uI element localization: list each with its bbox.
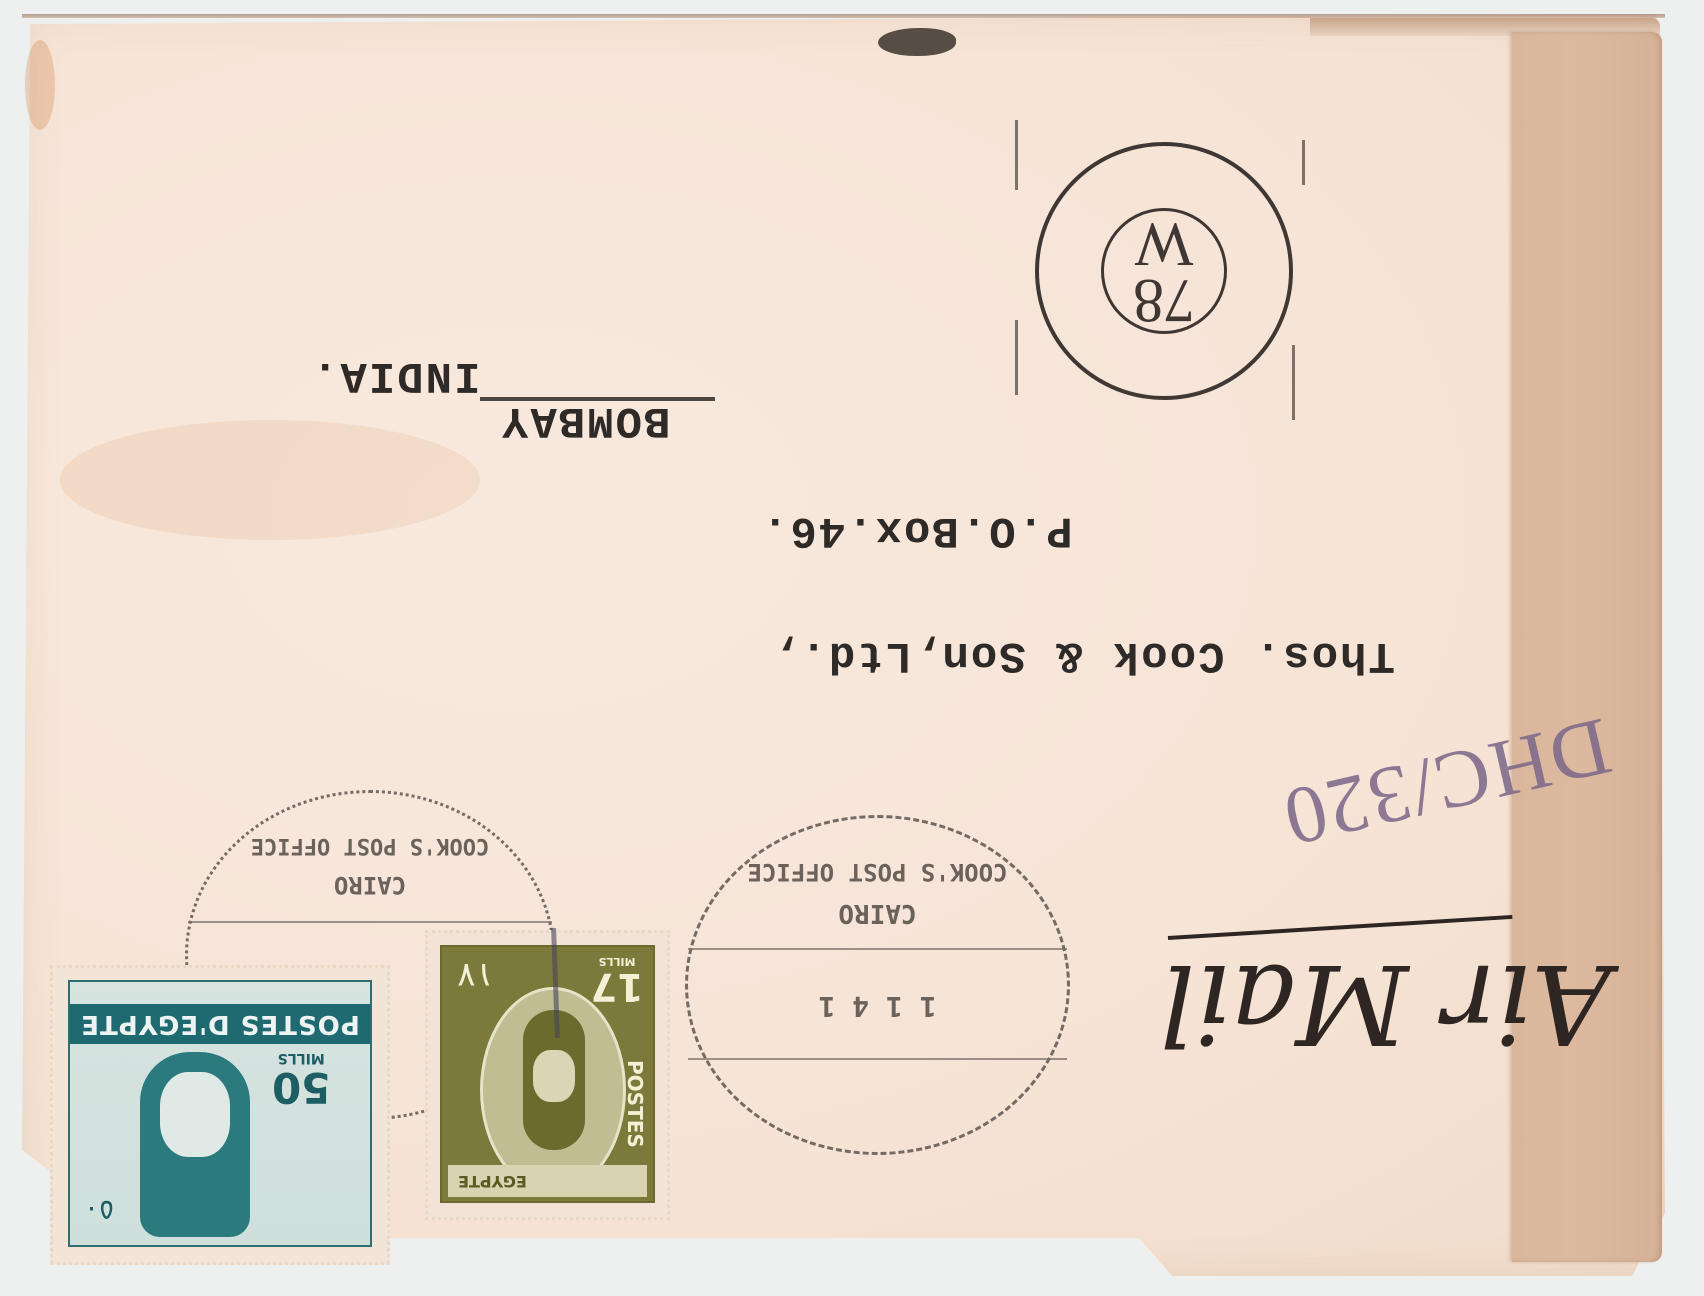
stamp-design: 17 MILLS ١٧ POSTES EGYPTE xyxy=(440,945,655,1203)
address-company: Thos. Cook & Son,Ltd., xyxy=(770,630,1395,680)
address-po-box: P.O.Box.46. xyxy=(760,505,1072,555)
frame-mark xyxy=(1015,320,1018,395)
postmark-date: 1 1 4 1 xyxy=(688,990,1067,1023)
censor-circle-code: 78 W xyxy=(1104,211,1224,331)
stamp-value: 50 MILLS xyxy=(272,1050,330,1108)
cairo-postmark: COOK'S POST OFFICE CAIRO 1 1 4 1 xyxy=(685,815,1070,1155)
censor-number: 78 xyxy=(1133,271,1195,327)
stamp-design: POSTES D'EGYPTE 50 MILLS ٥٠ xyxy=(68,980,372,1247)
ink-blot xyxy=(878,28,956,56)
censor-letter: W xyxy=(1133,215,1195,271)
postmark-city: CAIRO xyxy=(688,898,1067,928)
stamp-17-mills: 17 MILLS ١٧ POSTES EGYPTE xyxy=(425,930,670,1220)
portrait-face xyxy=(533,1050,575,1102)
stamp-50-mills: POSTES D'EGYPTE 50 MILLS ٥٠ xyxy=(50,965,390,1265)
postmark-top-text: COOK'S POST OFFICE xyxy=(688,858,1067,886)
portrait-face xyxy=(160,1072,230,1157)
stamp-country: EGYPTE xyxy=(448,1165,647,1197)
king-portrait xyxy=(140,1052,250,1237)
paper-stain xyxy=(60,420,480,540)
postmark-bar xyxy=(688,948,1067,950)
frame-mark xyxy=(1302,140,1305,185)
stamp-arabic-value: ٥٠ xyxy=(84,1194,114,1227)
portrait-oval xyxy=(480,987,626,1193)
air-mail-underline xyxy=(1168,915,1513,940)
postmark-bar xyxy=(688,1058,1067,1060)
stamp-side-text: POSTES xyxy=(621,1029,647,1179)
stamp-value: 17 MILLS xyxy=(587,955,647,1006)
air-mail-script: Air Mail xyxy=(1160,940,1611,1068)
address-city: BOMBAY xyxy=(500,395,670,445)
frame-mark xyxy=(1292,345,1295,420)
censor-circle-inner: 78 W xyxy=(1101,208,1227,334)
postmark-bar xyxy=(188,921,552,923)
postmark-top-text: COOK'S POST OFFICE xyxy=(188,833,552,858)
censor-circle-handstamp: 78 W xyxy=(1035,142,1293,400)
postmark-city: CAIRO xyxy=(188,871,552,899)
stamp-value-number: 17 xyxy=(587,968,647,1006)
address-country: INDIA. xyxy=(310,350,480,400)
address-underline xyxy=(480,397,715,401)
stamp-country: POSTES D'EGYPTE xyxy=(70,1004,370,1044)
stamp-arabic-value: ١٧ xyxy=(448,955,503,995)
censor-tape xyxy=(1512,32,1662,1262)
frame-mark xyxy=(1015,120,1018,190)
stamp-value-unit: MILLS xyxy=(272,1050,330,1066)
paper-stain xyxy=(25,40,55,130)
air-mail-annotation: Air Mail xyxy=(1160,900,1512,1100)
stamp-value-number: 50 xyxy=(272,1066,330,1108)
